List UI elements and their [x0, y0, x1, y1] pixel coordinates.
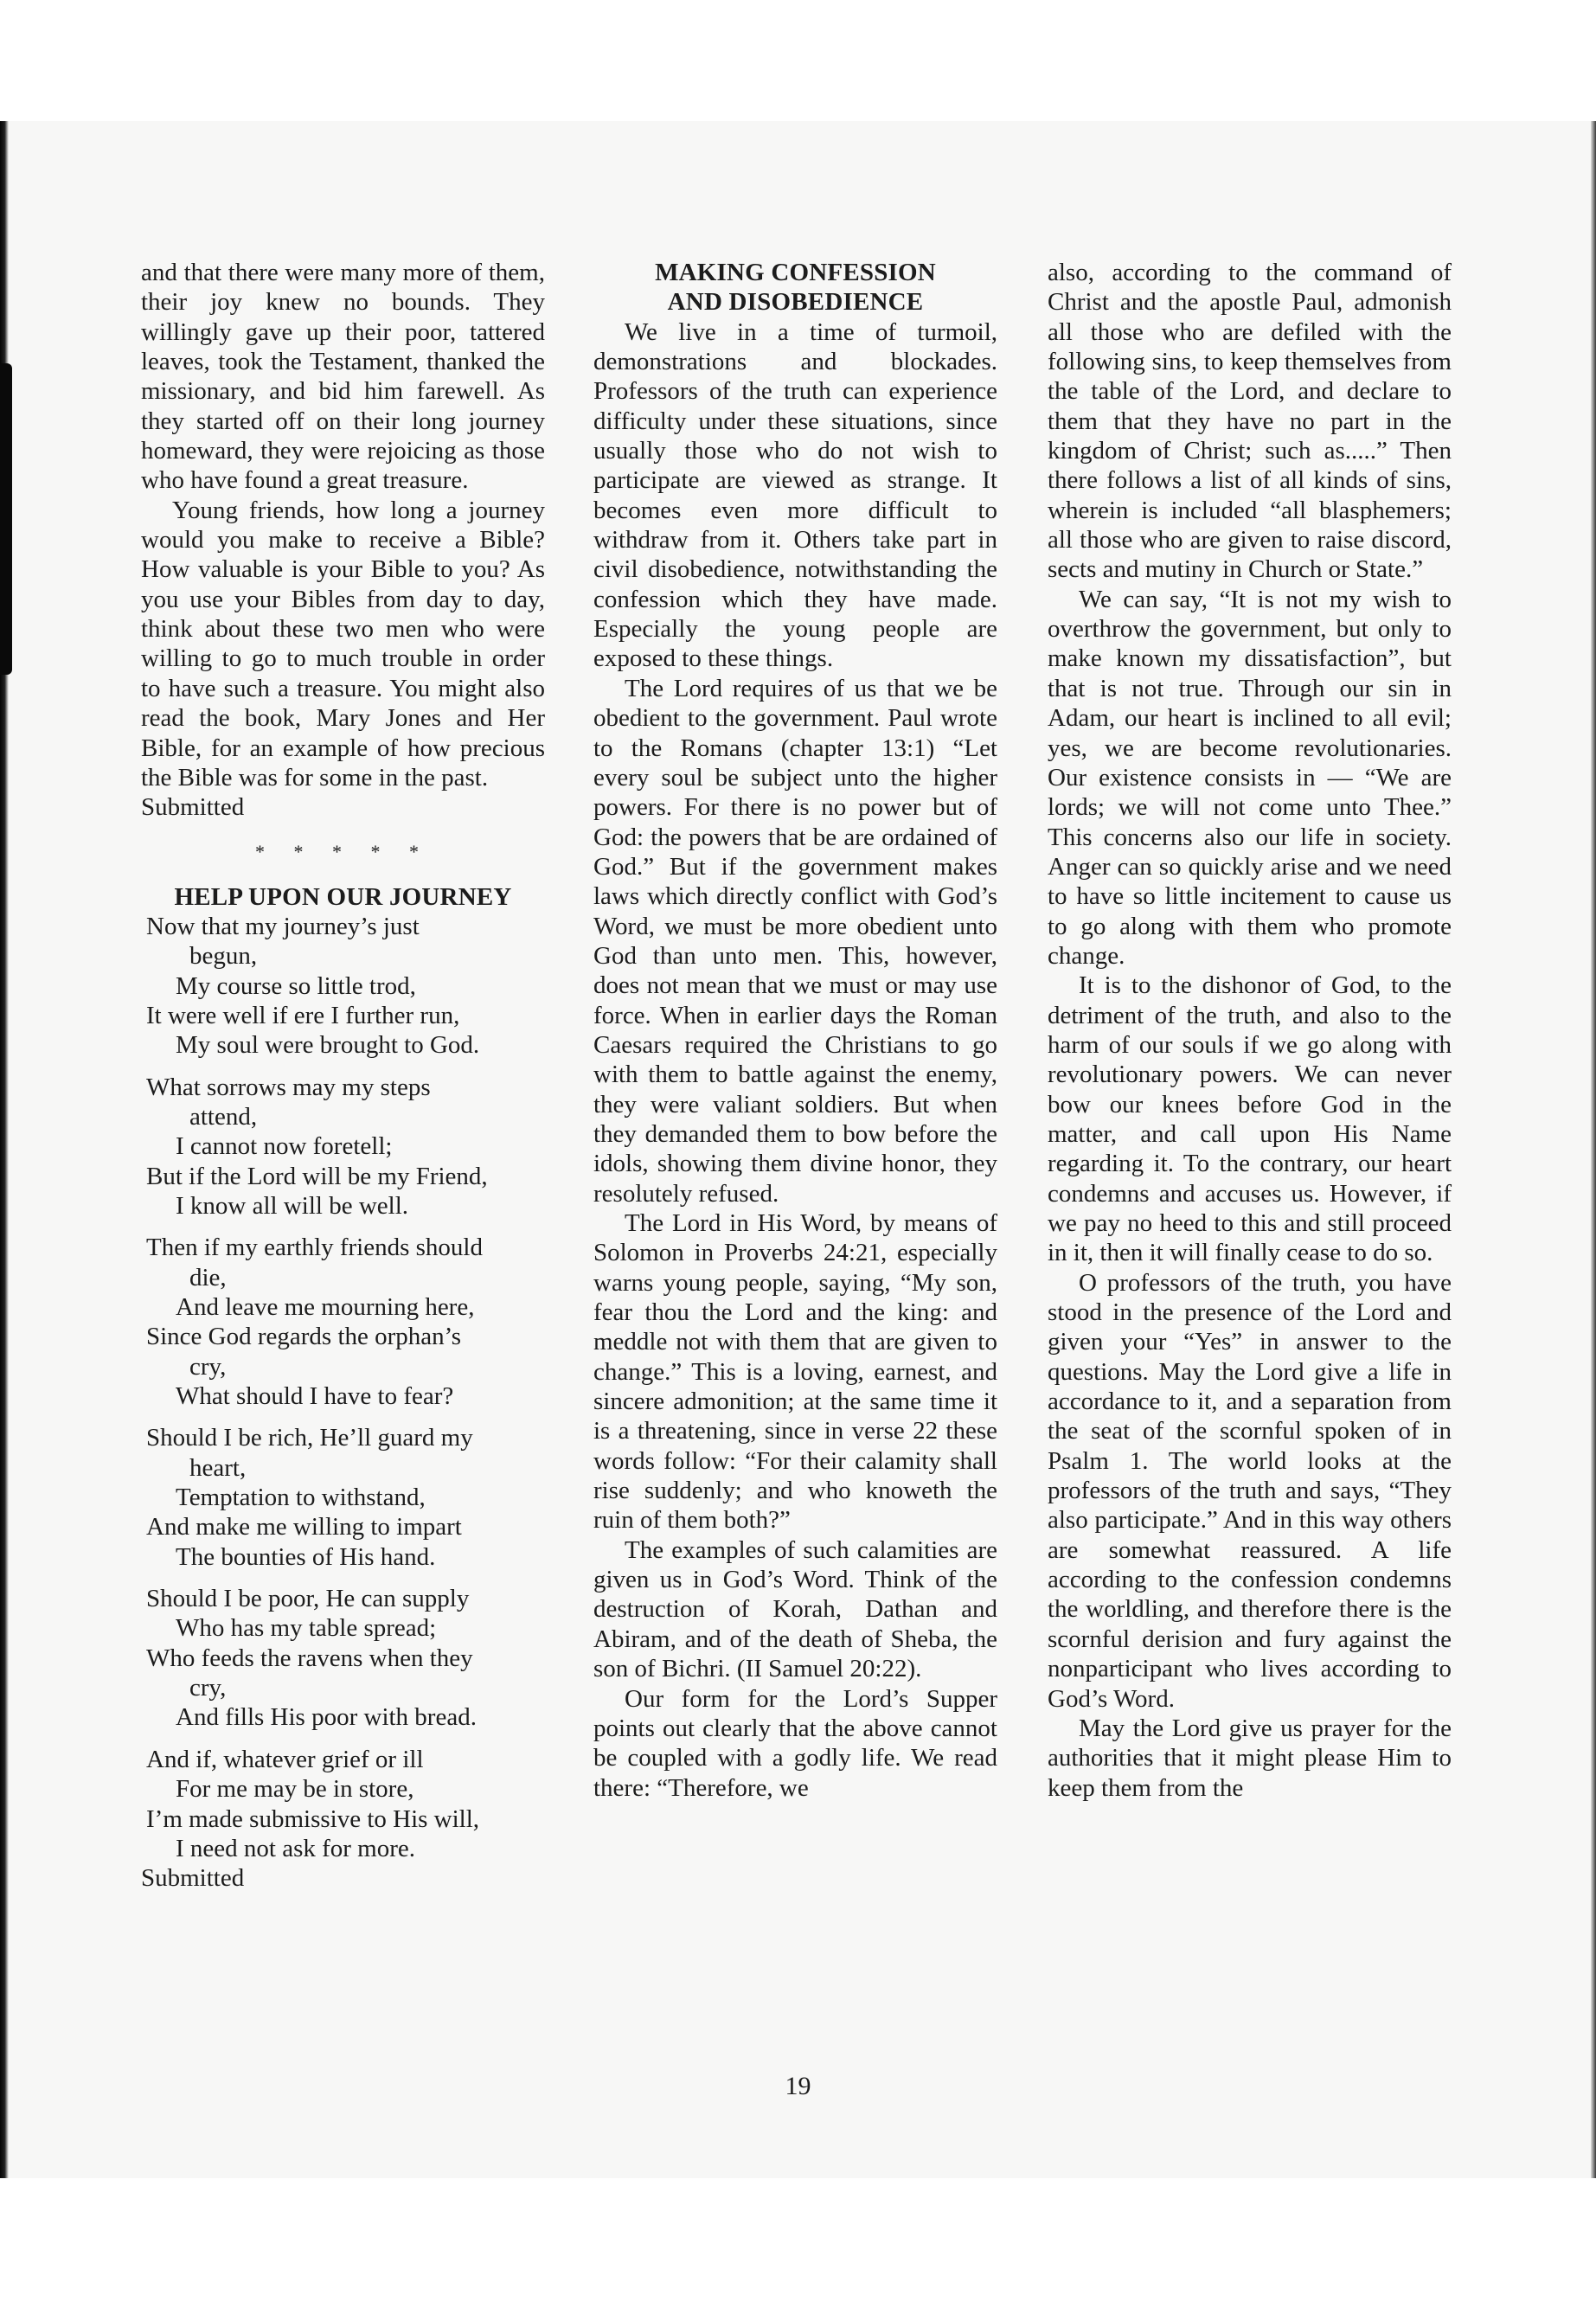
poem-line: And fills His poor with bread. [146, 1702, 545, 1732]
article-paragraph: We can say, “It is not my wish to overth… [1048, 585, 1452, 971]
middle-column: MAKING CONFESSION AND DISOBEDIENCE We li… [593, 258, 997, 1803]
poem-line: Should I be poor, He can supply [146, 1584, 545, 1613]
poem-line: What sorrows may my steps [146, 1073, 545, 1102]
poem-stanza: Should I be poor, He can supply Who has … [146, 1584, 545, 1733]
poem-line: I’m made submissive to His will, [146, 1804, 545, 1834]
poem-line-continuation: die, [146, 1263, 545, 1292]
article-paragraph: The Lord requires of us that we be obedi… [593, 674, 997, 1208]
poem-line: What should I have to fear? [146, 1381, 545, 1411]
poem-line: I need not ask for more. [146, 1834, 545, 1863]
section-separator: * * * * * [141, 838, 545, 866]
poem-line: Who feeds the ravens when they [146, 1644, 545, 1673]
poem-line: And leave me mourning here, [146, 1292, 545, 1322]
poem-stanza: Then if my earthly friends should die, A… [146, 1233, 545, 1411]
article-title-line-2: AND DISOBEDIENCE [593, 287, 997, 317]
poem-line: Temptation to withstand, [146, 1483, 545, 1512]
poem-stanza: Now that my journey’s just begun, My cou… [146, 912, 545, 1061]
poem-stanza: And if, whatever grief or ill For me may… [146, 1745, 545, 1863]
poem-line: My course so little trod, [146, 971, 545, 1001]
poem-line: Then if my earthly friends should [146, 1233, 545, 1262]
poem-signature: Submitted [141, 1863, 545, 1893]
poem-line-continuation: cry, [146, 1673, 545, 1702]
poem: Now that my journey’s just begun, My cou… [141, 912, 545, 1863]
right-column: also, according to the command of Christ… [1048, 258, 1452, 1803]
poem-line: Who has my table spread; [146, 1613, 545, 1643]
page-right-edge [1591, 121, 1596, 2178]
poem-stanza: Should I be rich, He’ll guard my heart, … [146, 1423, 545, 1572]
poem-line-continuation: attend, [146, 1102, 545, 1131]
poem-title: HELP UPON OUR JOURNEY [141, 882, 545, 912]
article-paragraph: Young friends, how long a journey would … [141, 496, 545, 792]
poem-stanza: What sorrows may my steps attend, I cann… [146, 1073, 545, 1221]
poem-line-continuation: cry, [146, 1352, 545, 1381]
poem-line: I cannot now foretell; [146, 1131, 545, 1161]
article-title-line-1: MAKING CONFESSION [593, 258, 997, 287]
article-paragraph: The examples of such calamities are give… [593, 1535, 997, 1684]
article-paragraph: May the Lord give us prayer for the auth… [1048, 1714, 1452, 1803]
article-paragraph: Our form for the Lord’s Supper points ou… [593, 1684, 997, 1803]
article-paragraph: We live in a time of turmoil, demonstrat… [593, 317, 997, 674]
poem-line: I know all will be well. [146, 1191, 545, 1221]
poem-line: Should I be rich, He’ll guard my [146, 1423, 545, 1452]
article-paragraph: It is to the dishonor of God, to the det… [1048, 971, 1452, 1267]
poem-line: The bounties of His hand. [146, 1542, 545, 1572]
poem-line: For me may be in store, [146, 1774, 545, 1804]
poem-line: Now that my journey’s just [146, 912, 545, 941]
poem-line: And make me willing to impart [146, 1512, 545, 1541]
poem-line-continuation: begun, [146, 941, 545, 971]
article-signature: Submitted [141, 792, 545, 822]
poem-line: Since God regards the orphan’s [146, 1322, 545, 1351]
page-number: 19 [0, 2072, 1596, 2101]
poem-line-continuation: heart, [146, 1453, 545, 1483]
poem-line: My soul were brought to God. [146, 1030, 545, 1060]
left-column: and that there were many more of them, t… [141, 258, 545, 1894]
article-paragraph: O professors of the truth, you have stoo… [1048, 1268, 1452, 1714]
poem-line: It were well if ere I further run, [146, 1001, 545, 1030]
article-paragraph: The Lord in His Word, by means of Solomo… [593, 1208, 997, 1535]
article-continuation-paragraph: also, according to the command of Christ… [1048, 258, 1452, 585]
poem-line: And if, whatever grief or ill [146, 1745, 545, 1774]
poem-line: But if the Lord will be my Friend, [146, 1162, 545, 1191]
article-continuation-paragraph: and that there were many more of them, t… [141, 258, 545, 496]
page-binding-edge [0, 121, 9, 2178]
